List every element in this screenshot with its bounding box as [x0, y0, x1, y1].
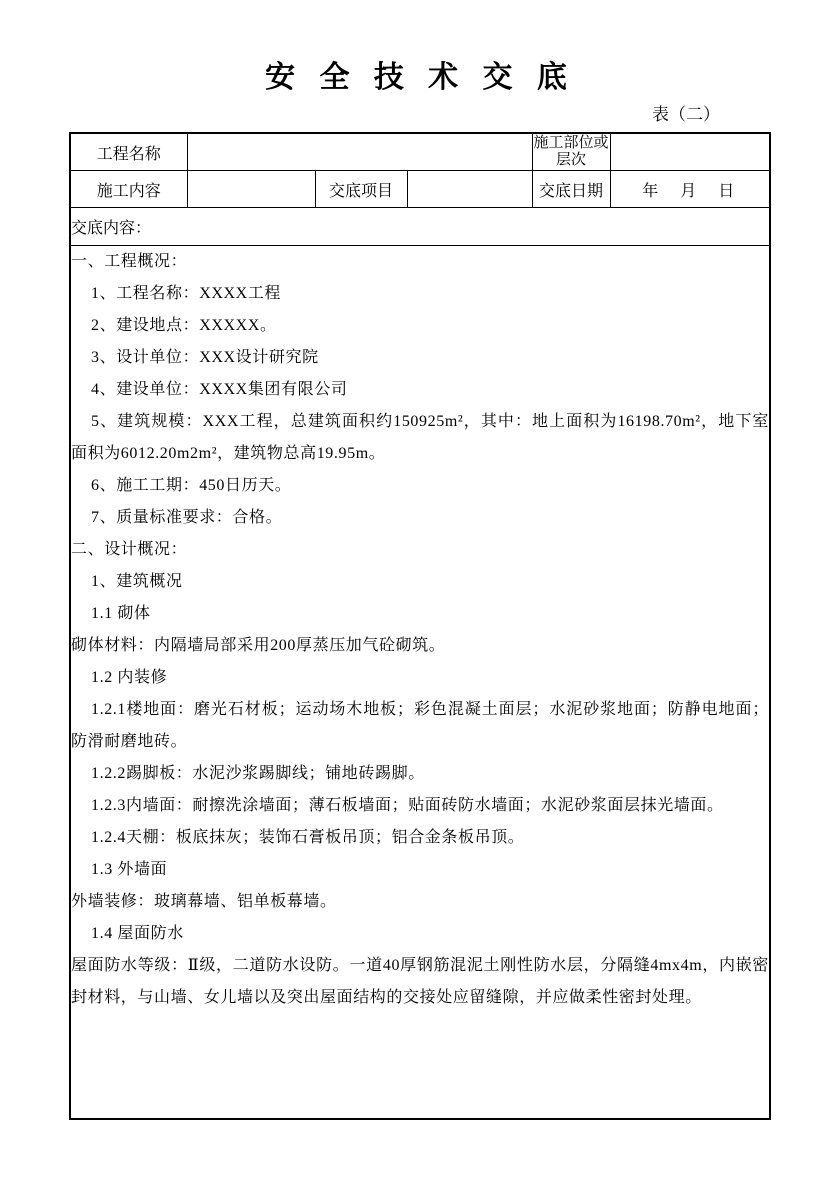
content-line: 5、建筑规模：XXX工程，总建筑面积约150925m²，其中：地上面积为1619… [71, 406, 769, 470]
project-name-field[interactable] [187, 133, 532, 171]
table-row: 施工内容 交底项目 交底日期 年 月 日 [70, 171, 770, 208]
content-line: 2、建设地点：XXXXX。 [71, 310, 769, 342]
disclosure-content-label: 交底内容： [70, 208, 770, 246]
content-line: 砌体材料：内隔墙局部采用200厚蒸压加气砼砌筑。 [71, 630, 769, 662]
content-line: 1.4 屋面防水 [71, 918, 769, 950]
content-line: 6、施工工期：450日历天。 [71, 470, 769, 502]
content-line: 1.2 内装修 [71, 662, 769, 694]
disclosure-date-field[interactable]: 年 月 日 [610, 171, 770, 208]
content-line: 3、设计单位：XXX设计研究院 [71, 342, 769, 374]
content-line: 一、工程概况： [71, 246, 769, 278]
work-location-field[interactable] [610, 133, 770, 171]
content-line: 1.3 外墙面 [71, 854, 769, 886]
content-line: 外墙装修：玻璃幕墙、铝单板幕墙。 [71, 886, 769, 918]
content-line: 1.2.4天棚：板底抹灰；装饰石膏板吊顶；铝合金条板吊顶。 [71, 822, 769, 854]
disclosure-date-label: 交底日期 [532, 171, 610, 208]
table-row: 工程名称 施工部位或层次 [70, 133, 770, 171]
content-line: 7、质量标准要求：合格。 [71, 502, 769, 534]
disclosure-item-label: 交底项目 [315, 171, 407, 208]
content-line: 1.2.2踢脚板：水泥沙浆踢脚线；铺地砖踢脚。 [71, 758, 769, 790]
content-line: 屋面防水等级：Ⅱ级，二道防水设防。一道40厚钢筋混泥土刚性防水层，分隔缝4mx4… [71, 950, 769, 1014]
content-line: 二、设计概况： [71, 534, 769, 566]
disclosure-content-body: 一、工程概况： 1、工程名称：XXXX工程 2、建设地点：XXXXX。 3、设计… [70, 246, 770, 1120]
content-line: 1、建筑概况 [71, 566, 769, 598]
content-line: 1.2.1楼地面：磨光石材板；运动场木地板；彩色混凝土面层；水泥砂浆地面；防静电… [71, 694, 769, 758]
construction-content-field[interactable] [187, 171, 315, 208]
table-row: 一、工程概况： 1、工程名称：XXXX工程 2、建设地点：XXXXX。 3、设计… [70, 246, 770, 1120]
construction-content-label: 施工内容 [70, 171, 187, 208]
content-line: 1、工程名称：XXXX工程 [71, 278, 769, 310]
project-name-label: 工程名称 [70, 133, 187, 171]
content-line: 1.2.3内墙面：耐擦洗涂墙面；薄石板墙面；贴面砖防水墙面；水泥砂浆面层抹光墙面… [71, 790, 769, 822]
disclosure-form-table: 工程名称 施工部位或层次 施工内容 交底项目 交底日期 年 月 日 交底内容： … [69, 132, 771, 1120]
table-number-label: 表（二） [0, 104, 838, 126]
table-row: 交底内容： [70, 208, 770, 246]
document-page: 安 全 技 术 交 底 表（二） 工程名称 施工部位或层次 施工内容 交底项目 … [0, 0, 838, 1120]
content-line: 4、建设单位：XXXX集团有限公司 [71, 374, 769, 406]
document-title: 安 全 技 术 交 底 [0, 0, 838, 96]
work-location-label: 施工部位或层次 [532, 133, 610, 171]
disclosure-item-field[interactable] [407, 171, 532, 208]
content-line: 1.1 砌体 [71, 598, 769, 630]
